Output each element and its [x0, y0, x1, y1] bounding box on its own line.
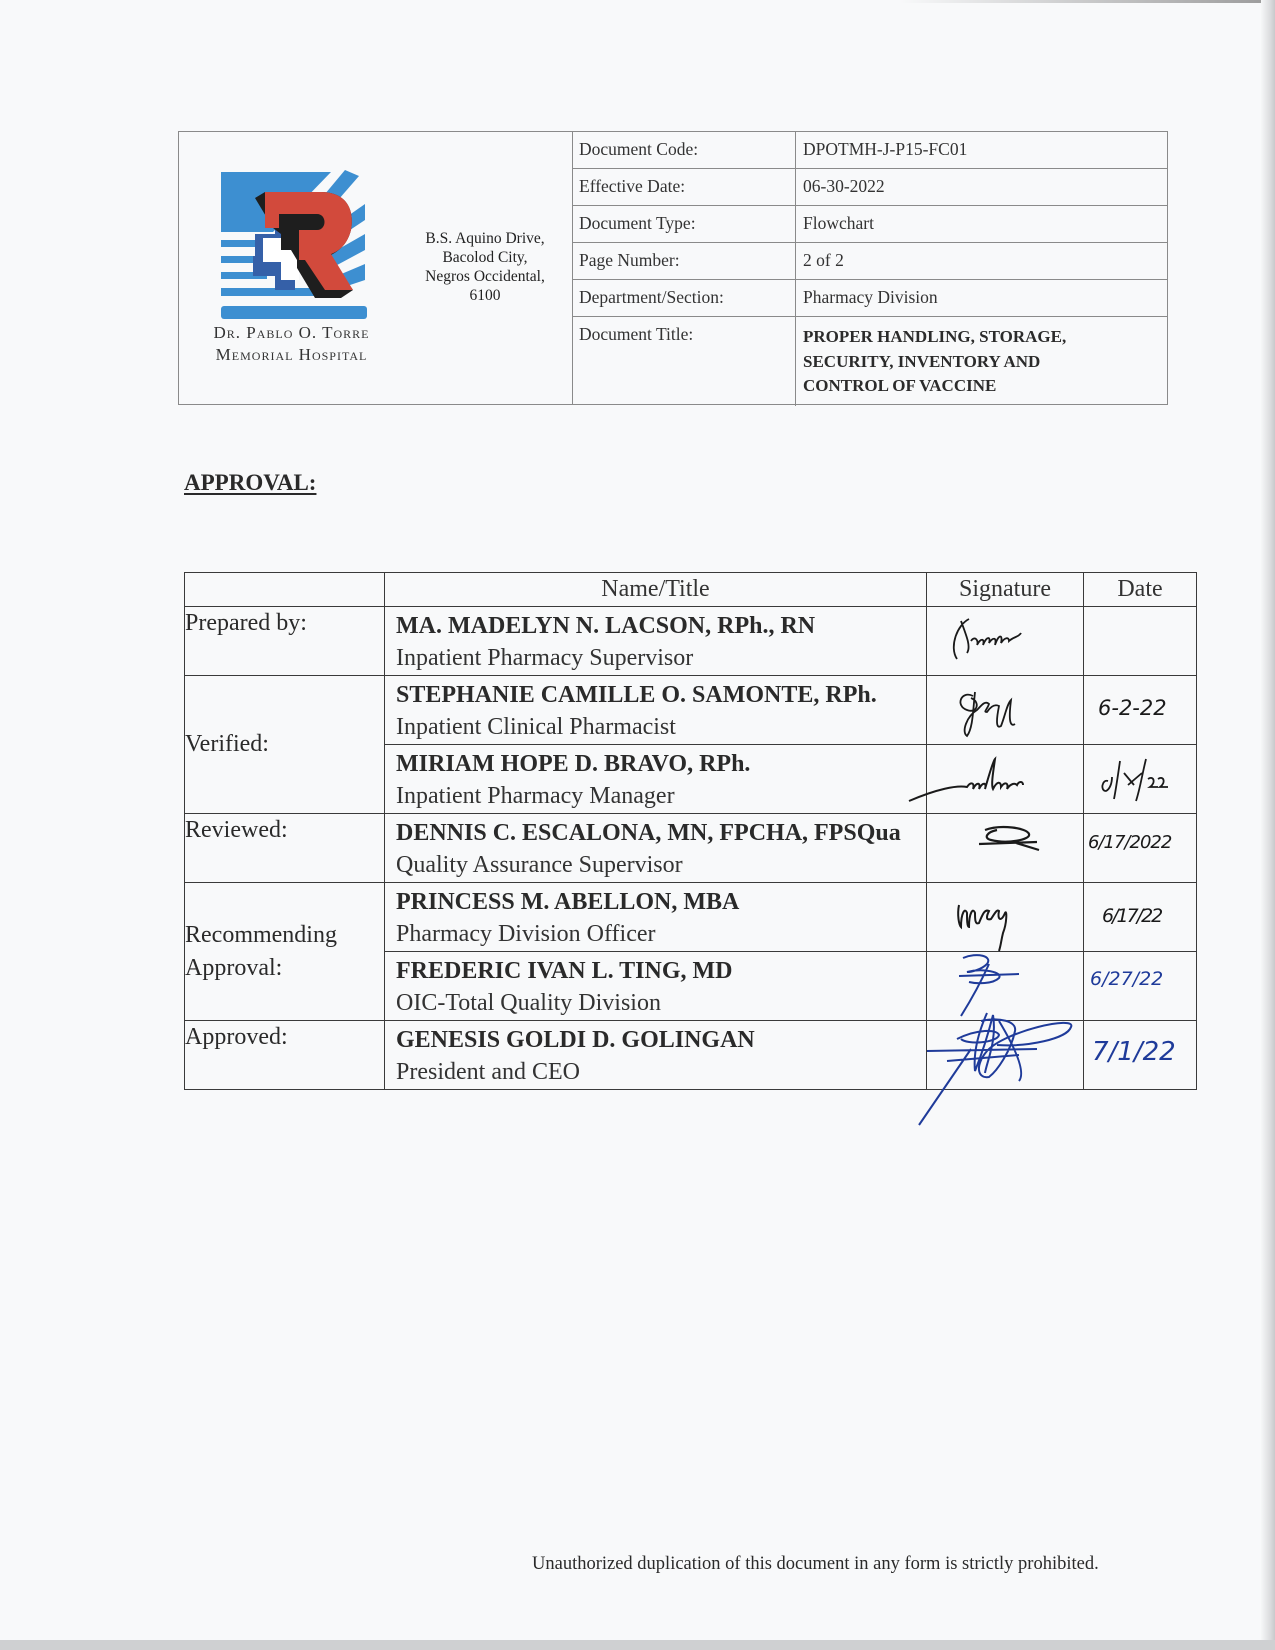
address-line: B.S. Aquino Drive, [407, 229, 563, 248]
address-line: 6100 [407, 286, 563, 305]
meta-row-page-number: Page Number: 2 of 2 [572, 243, 1167, 280]
signatory-name: FREDERIC IVAN L. TING, MD [385, 952, 926, 987]
document-header: Dr. Pablo O. Torre Memorial Hospital B.S… [178, 131, 1168, 405]
meta-label: Document Type: [572, 206, 796, 242]
meta-row-department: Department/Section: Pharmacy Division [572, 280, 1167, 317]
handwritten-date: 6-2-22 [1098, 696, 1167, 720]
signatory-name: DENNIS C. ESCALONA, MN, FPCHA, FPSQua [385, 814, 926, 849]
hospital-identity: Dr. Pablo O. Torre Memorial Hospital B.S… [179, 132, 573, 404]
date-cell: 6/27/22 [1084, 952, 1197, 1021]
handwritten-date: 7/1/22 [1092, 1037, 1176, 1067]
table-row: Approved: GENESIS GOLDI D. GOLINGAN Pres… [185, 1021, 1197, 1090]
signature-icon [927, 814, 1084, 880]
table-row: Recommending Approval: PRINCESS M. ABELL… [185, 883, 1197, 952]
signature-icon [927, 676, 1084, 742]
signature-icon [927, 745, 1084, 811]
role-label: Recommending Approval: [185, 883, 385, 1021]
meta-value: 06-30-2022 [796, 169, 1167, 205]
table-row: Reviewed: DENNIS C. ESCALONA, MN, FPCHA,… [185, 814, 1197, 883]
name-title-cell: PRINCESS M. ABELLON, MBA Pharmacy Divisi… [385, 883, 927, 952]
column-header-date: Date [1084, 573, 1197, 607]
meta-row-effective-date: Effective Date: 06-30-2022 [572, 169, 1167, 206]
handwritten-date: 6/27/22 [1090, 968, 1163, 990]
signature-icon [927, 883, 1084, 949]
signature-cell [927, 883, 1084, 952]
meta-label: Effective Date: [572, 169, 796, 205]
meta-row-document-title: Document Title: PROPER HANDLING, STORAGE… [572, 317, 1167, 406]
scan-edge [1261, 0, 1275, 1650]
signatory-title: Quality Assurance Supervisor [385, 849, 926, 882]
name-title-cell: DENNIS C. ESCALONA, MN, FPCHA, FPSQua Qu… [385, 814, 927, 883]
meta-label: Document Code: [572, 132, 796, 168]
table-row: Verified: STEPHANIE CAMILLE O. SAMONTE, … [185, 676, 1197, 745]
handwritten-date: 6/17/22 [1102, 905, 1161, 927]
document-title-line: SECURITY, INVENTORY AND [803, 350, 1167, 375]
meta-value: 2 of 2 [796, 243, 1167, 279]
date-cell: 7/1/22 [1084, 1021, 1197, 1090]
handwritten-date: 6/17/2022 [1088, 832, 1171, 853]
date-cell [1084, 607, 1197, 676]
date-cell: 6/17/2022 [1084, 814, 1197, 883]
signature-cell [927, 745, 1084, 814]
signature-cell [927, 607, 1084, 676]
table-header-row: Name/Title Signature Date [185, 573, 1197, 607]
meta-label: Document Title: [572, 317, 796, 406]
role-label-line: Recommending [185, 919, 384, 952]
signature-cell [927, 676, 1084, 745]
signature-cell [927, 814, 1084, 883]
name-title-cell: MA. MADELYN N. LACSON, RPh., RN Inpatien… [385, 607, 927, 676]
footer-notice: Unauthorized duplication of this documen… [532, 1554, 1099, 1575]
meta-row-document-type: Document Type: Flowchart [572, 206, 1167, 243]
hospital-address: B.S. Aquino Drive, Bacolod City, Negros … [407, 229, 563, 305]
document-title-line: CONTROL OF VACCINE [803, 374, 1167, 399]
address-line: Bacolod City, [407, 248, 563, 267]
role-label: Reviewed: [185, 814, 385, 883]
handwritten-date-icon [1084, 745, 1197, 811]
name-title-cell: GENESIS GOLDI D. GOLINGAN President and … [385, 1021, 927, 1090]
address-line: Negros Occidental, [407, 267, 563, 286]
meta-label: Department/Section: [572, 280, 796, 316]
meta-value: Flowchart [796, 206, 1167, 242]
approval-heading: APPROVAL: [184, 470, 316, 496]
signature-cell [927, 1021, 1084, 1090]
signatory-name: GENESIS GOLDI D. GOLINGAN [385, 1021, 926, 1056]
name-title-cell: MIRIAM HOPE D. BRAVO, RPh. Inpatient Pha… [385, 745, 927, 814]
signatory-title: Inpatient Pharmacy Manager [385, 780, 926, 813]
table-row: Prepared by: MA. MADELYN N. LACSON, RPh.… [185, 607, 1197, 676]
date-cell: 6/17/22 [1084, 883, 1197, 952]
name-title-cell: STEPHANIE CAMILLE O. SAMONTE, RPh. Inpat… [385, 676, 927, 745]
signature-cell [927, 952, 1084, 1021]
column-header-signature: Signature [927, 573, 1084, 607]
signatory-title: OIC-Total Quality Division [385, 987, 926, 1020]
signatory-title: Inpatient Pharmacy Supervisor [385, 642, 926, 675]
document-title-line: PROPER HANDLING, STORAGE, [803, 325, 1167, 350]
signatory-title: Pharmacy Division Officer [385, 918, 926, 951]
approval-table: Name/Title Signature Date Prepared by: M… [184, 572, 1197, 1090]
role-label: Prepared by: [185, 607, 385, 676]
document-title: PROPER HANDLING, STORAGE, SECURITY, INVE… [796, 317, 1167, 406]
scan-edge [0, 1640, 1275, 1650]
meta-value: Pharmacy Division [796, 280, 1167, 316]
role-label: Approved: [185, 1021, 385, 1090]
role-label-line: Approval: [185, 952, 384, 985]
meta-row-document-code: Document Code: DPOTMH-J-P15-FC01 [572, 132, 1167, 169]
hospital-name: Dr. Pablo O. Torre Memorial Hospital [179, 322, 404, 366]
scan-edge [900, 0, 1275, 3]
signatory-title: President and CEO [385, 1056, 926, 1089]
signatory-name: PRINCESS M. ABELLON, MBA [385, 883, 926, 918]
signatory-name: MIRIAM HOPE D. BRAVO, RPh. [385, 745, 926, 780]
signatory-title: Inpatient Clinical Pharmacist [385, 711, 926, 744]
hospital-name-line2: Memorial Hospital [179, 344, 404, 366]
signature-icon [927, 952, 1084, 1018]
signature-icon [927, 607, 1084, 673]
date-cell: 6-2-22 [1084, 676, 1197, 745]
signatory-name: STEPHANIE CAMILLE O. SAMONTE, RPh. [385, 676, 926, 711]
name-title-cell: FREDERIC IVAN L. TING, MD OIC-Total Qual… [385, 952, 927, 1021]
column-header-name-title: Name/Title [385, 573, 927, 607]
hospital-name-line1: Dr. Pablo O. Torre [179, 322, 404, 344]
document-meta-table: Document Code: DPOTMH-J-P15-FC01 Effecti… [572, 132, 1167, 406]
signature-icon [927, 1021, 1084, 1087]
hospital-logo-icon [213, 168, 369, 320]
role-label: Verified: [185, 676, 385, 814]
date-cell [1084, 745, 1197, 814]
meta-label: Page Number: [572, 243, 796, 279]
signatory-name: MA. MADELYN N. LACSON, RPh., RN [385, 607, 926, 642]
meta-value: DPOTMH-J-P15-FC01 [796, 132, 1167, 168]
column-header-role [185, 573, 385, 607]
